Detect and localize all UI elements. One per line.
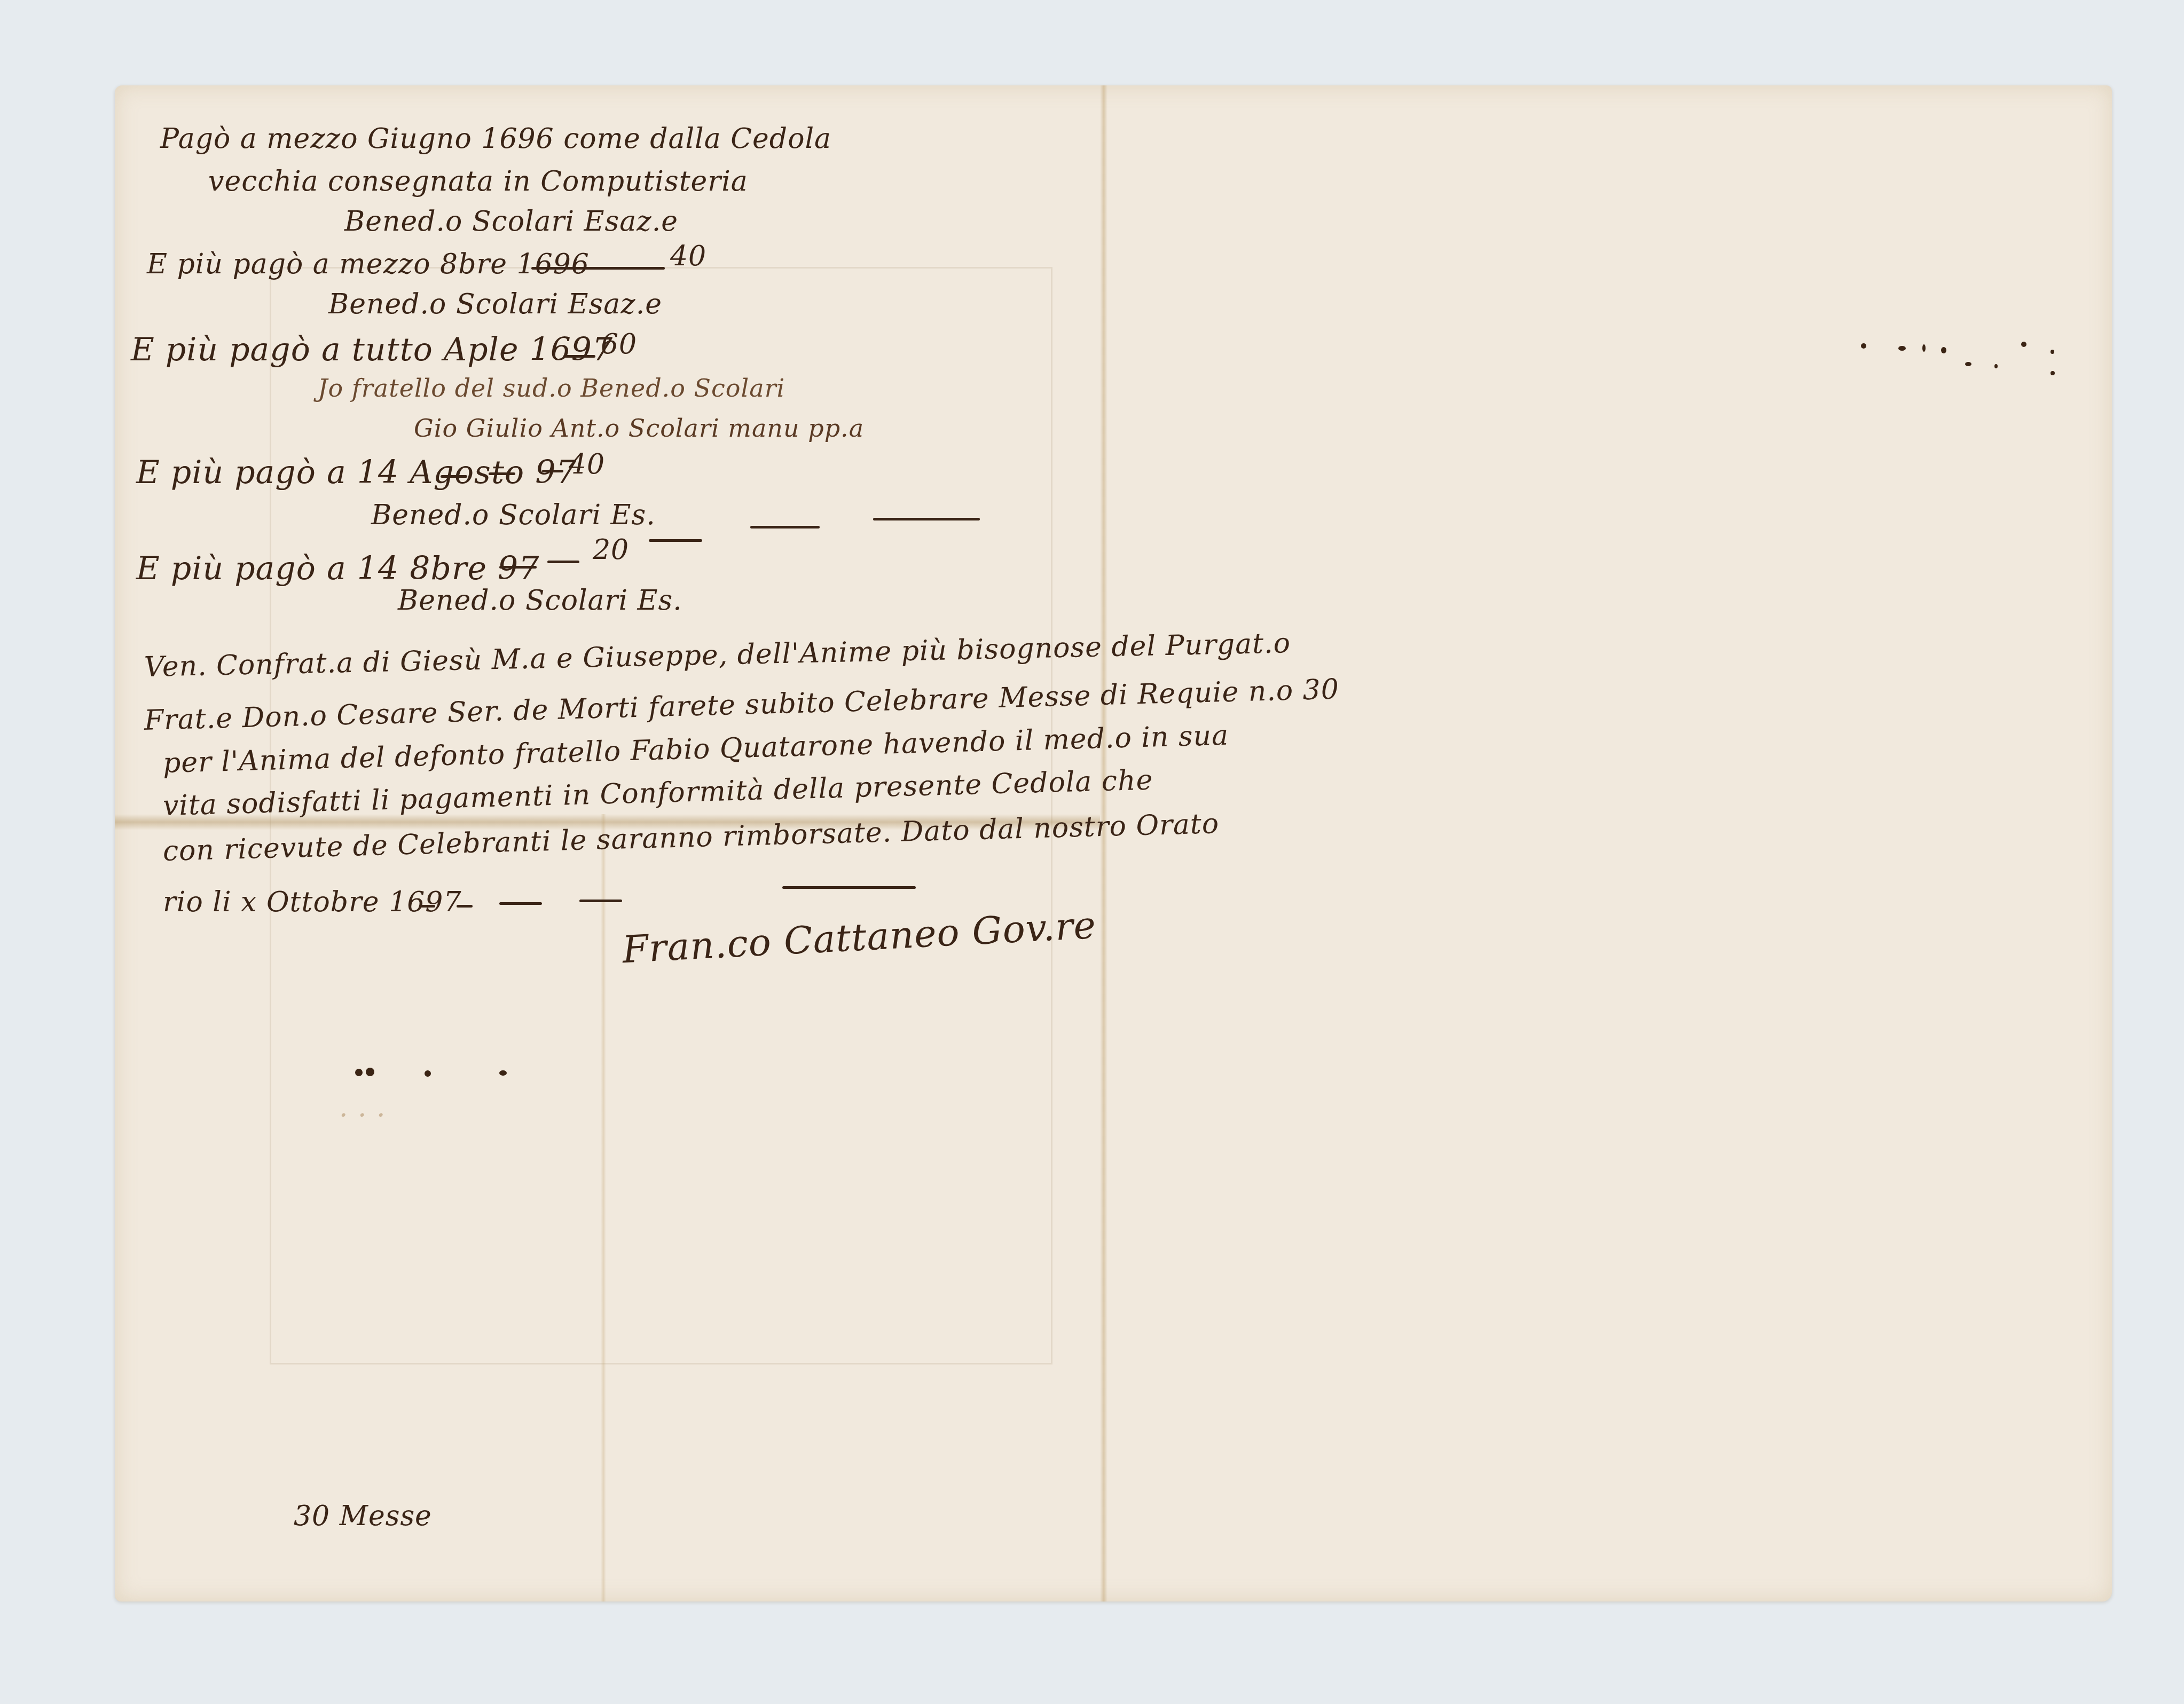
- ink-spot: [1898, 346, 1906, 351]
- receipt-1-line2: vecchia consegnata in Computisteria: [208, 165, 748, 198]
- ink-spot: [2021, 342, 2026, 347]
- receipt-3b-signature: Gio Giulio Ant.o Scolari manu pp.a: [414, 414, 864, 443]
- ink-spot: [355, 1069, 363, 1076]
- ink-spot: [1922, 344, 1926, 352]
- ink-spot: [425, 1070, 431, 1077]
- bleed-through-text: · · ·: [339, 1100, 386, 1132]
- receipt-4-signature: Bened.o Scolari Es.: [371, 499, 656, 531]
- receipt-2-amount: 40: [670, 240, 706, 272]
- receipt-1-signature: Bened.o Scolari Esaz.e: [344, 206, 678, 238]
- receipt-3-line1: E più pagò a tutto Aple 1697: [131, 331, 613, 368]
- receipt-2-line1: E più pagò a mezzo 8bre 1696: [147, 248, 590, 280]
- line-dash: [489, 472, 515, 475]
- separator-dash: [579, 900, 622, 902]
- center-fold: [1100, 85, 1107, 1602]
- lower-fold: [601, 814, 606, 1602]
- separator-dash: [649, 539, 702, 542]
- separator-dash: [419, 905, 435, 908]
- bottom-note: 30 Messe: [294, 1500, 432, 1532]
- separator-dash: [499, 902, 542, 905]
- receipt-5-amount: 20: [593, 534, 629, 566]
- ink-spot: [2051, 371, 2055, 375]
- line-dash: [531, 267, 665, 270]
- receipt-1-line1: Pagò a mezzo Giugno 1696 come dalla Cedo…: [160, 123, 831, 155]
- order-line-6: rio li x Ottobre 1697: [163, 886, 461, 918]
- separator-dash: [873, 518, 980, 520]
- receipt-2-signature: Bened.o Scolari Esaz.e: [328, 288, 662, 320]
- line-dash: [563, 355, 595, 358]
- line-dash: [499, 566, 537, 569]
- receipt-5-signature: Bened.o Scolari Es.: [398, 585, 682, 617]
- line-dash: [542, 470, 563, 472]
- ink-spot: [499, 1070, 507, 1076]
- receipt-4-amount: 40: [569, 448, 605, 480]
- ink-spot: [1965, 362, 1971, 366]
- ink-spot: [1941, 347, 1946, 353]
- line-dash: [547, 561, 579, 563]
- receipt-5-line1: E più pagò a 14 8bre 97: [136, 550, 539, 587]
- line-dash: [441, 475, 467, 478]
- ink-spot: [1861, 343, 1866, 349]
- ink-spot: [366, 1068, 374, 1076]
- ink-spot: [1994, 364, 1998, 368]
- separator-dash: [782, 886, 916, 889]
- ink-spot: [2051, 350, 2054, 354]
- separator-dash: [750, 526, 820, 528]
- manuscript-sheet: Pagò a mezzo Giugno 1696 come dalla Cedo…: [115, 85, 2112, 1602]
- receipt-3-amount: 60: [601, 328, 637, 360]
- separator-dash: [457, 905, 473, 908]
- receipt-3-signature: Jo fratello del sud.o Bened.o Scolari: [318, 374, 785, 403]
